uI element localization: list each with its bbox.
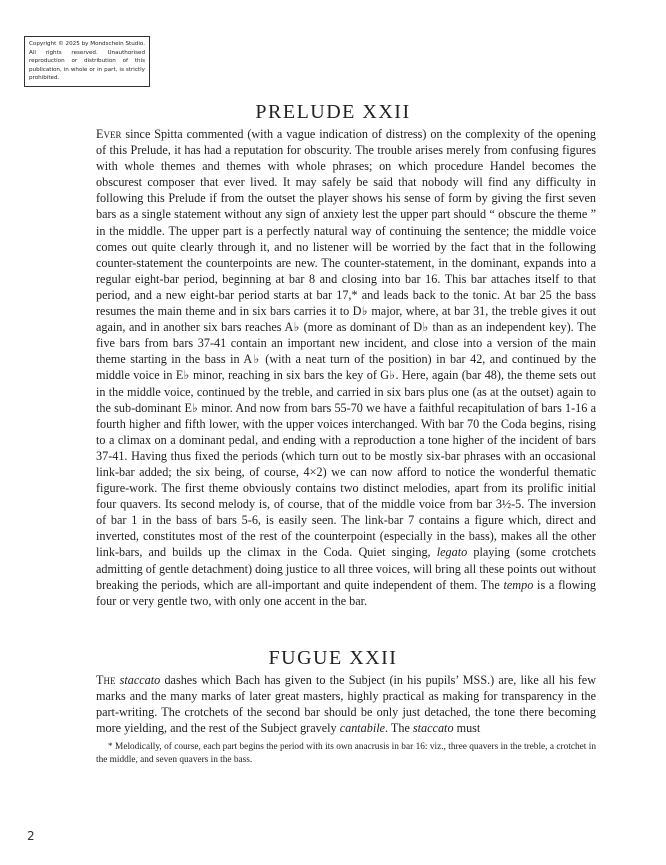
page-number: 2 — [27, 829, 35, 843]
cantabile-term: cantabile — [340, 721, 385, 735]
prelude-paragraph: since Spitta commented (with a vague ind… — [96, 127, 596, 559]
fugue-commentary: The staccato dashes which Bach has given… — [96, 672, 596, 736]
fugue-text-3: must — [454, 721, 481, 735]
fugue-lead-word: The — [96, 673, 115, 687]
legato-term: legato — [437, 545, 467, 559]
fugue-title: FUGUE XXII — [0, 647, 666, 670]
tempo-term: tempo — [504, 578, 534, 592]
staccato-term-2: staccato — [413, 721, 454, 735]
prelude-title: PRELUDE XXII — [0, 101, 666, 124]
prelude-lead-word: Ever — [96, 127, 121, 141]
fugue-text-2: . The — [385, 721, 413, 735]
copyright-notice: Copyright © 2025 by Mondschein Studio. A… — [24, 36, 150, 87]
footnote: * Melodically, of course, each part begi… — [96, 741, 596, 767]
staccato-term: staccato — [120, 673, 161, 687]
prelude-commentary: Ever since Spitta commented (with a vagu… — [96, 126, 596, 609]
